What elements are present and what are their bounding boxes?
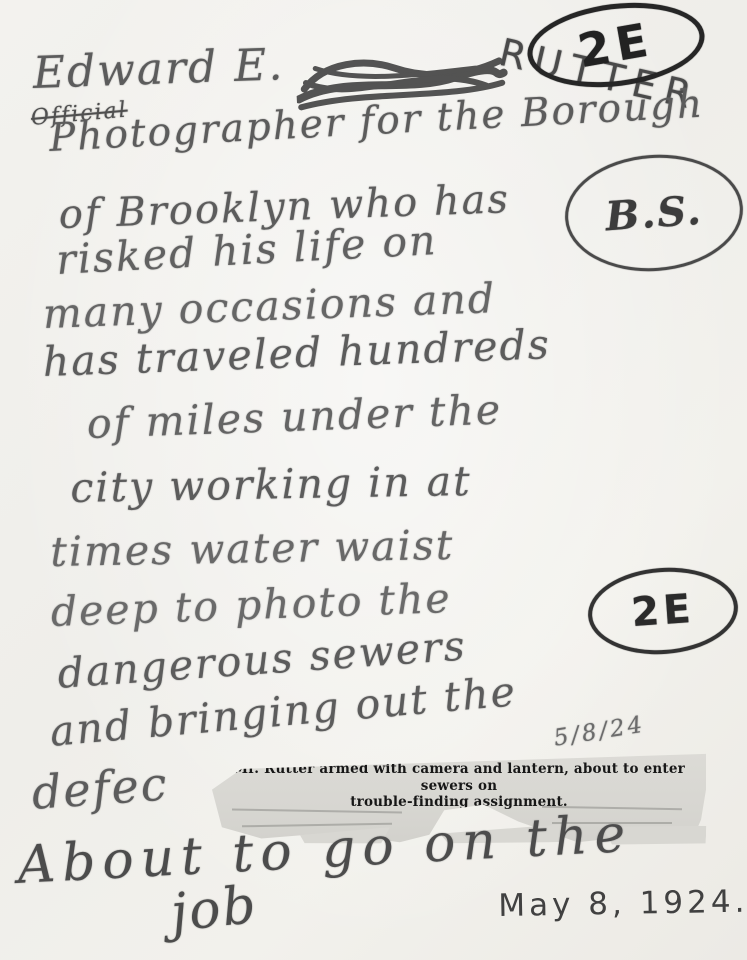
scanned-note-page: Edward E. RUTTER 2E Official Photographe… [0, 0, 747, 960]
handwritten-line: city working in at [70, 457, 472, 512]
handwritten-first-name: Edward E. [32, 39, 285, 99]
clipping-caption-line1: Mr. Rutter armed with camera and lantern… [212, 761, 706, 794]
circled-annotation-bs-label: B.S. [604, 186, 704, 240]
circled-annotation-2e-top-label: 2E [574, 12, 658, 78]
handwritten-bottom-date: May 8, 1924. [498, 884, 747, 924]
handwritten-line: times water waist [50, 521, 455, 576]
handwritten-partial-word: defec [30, 756, 170, 819]
circled-annotation-2e-mid-label: 2E [630, 586, 696, 636]
handwritten-inline-date: 5/8/24 [552, 712, 647, 752]
handwritten-line: of miles under the [86, 386, 503, 448]
circled-annotation-bs: B.S. [561, 149, 747, 277]
circled-annotation-2e-mid: 2E [585, 563, 741, 659]
handwritten-closing-word: job [168, 875, 261, 944]
